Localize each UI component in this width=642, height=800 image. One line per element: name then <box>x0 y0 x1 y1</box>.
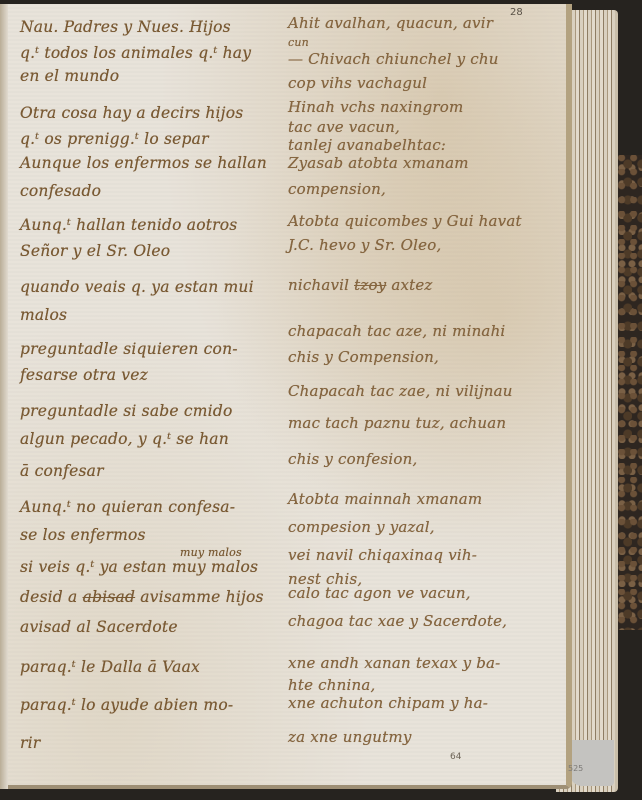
manuscript-line: Otra cosa hay a decirs hijos <box>20 104 243 122</box>
manuscript-line: Aunq.ᵗ hallan tenido aotros <box>20 216 237 234</box>
manuscript-line: Atobta mainnah xmanam <box>288 490 482 508</box>
page-number: 28 <box>510 7 523 18</box>
page-corner-fold <box>570 740 614 786</box>
manuscript-line: — Chivach chiunchel y chu <box>288 50 499 68</box>
manuscript-line: paraq.ᵗ le Dalla ā Vaax <box>20 658 200 676</box>
manuscript-line: chagoa tac xae y Sacerdote, <box>288 612 507 630</box>
manuscript-line: quando veais q. ya estan mui <box>20 278 254 296</box>
manuscript-line: Aunq.ᵗ no quieran confesa- <box>20 498 235 516</box>
manuscript-line: q.ᵗ todos los animales q.ᵗ hay <box>20 44 251 62</box>
manuscript-line: mac tach paznu tuz, achuan <box>288 414 506 432</box>
manuscript-line: fesarse otra vez <box>20 366 148 384</box>
manuscript-line: Chapacah tac zae, ni vilijnau <box>288 382 513 400</box>
manuscript-line: nichavil tzoy axtez <box>288 276 433 294</box>
manuscript-line: algun pecado, y q.ᵗ se han <box>20 430 229 448</box>
manuscript-line: compesion y yazal, <box>288 518 435 536</box>
struck-word: tzoy <box>354 276 386 294</box>
manuscript-line: calo tac agon ve vacun, <box>288 584 471 602</box>
manuscript-line: en el mundo <box>20 67 119 85</box>
manuscript-line: tac ave vacun, <box>288 118 400 136</box>
manuscript-line: vei navil chiqaxinaq vih- <box>288 546 477 564</box>
manuscript-line: J.C. hevo y Sr. Oleo, <box>288 236 441 254</box>
manuscript-line: Nau. Padres y Nues. Hijos <box>20 18 231 36</box>
manuscript-line: Atobta quicombes y Gui havat <box>288 212 522 230</box>
manuscript-line: chis y Compension, <box>288 348 439 366</box>
manuscript-line: chis y confesion, <box>288 450 417 468</box>
manuscript-line: tanlej avanabelhtac: <box>288 136 446 154</box>
manuscript-line: Aunque los enfermos se hallan <box>20 154 267 172</box>
folio-number: 64 <box>450 752 461 762</box>
manuscript-line: za xne ungutmy <box>288 728 412 746</box>
manuscript-line: rir <box>20 734 40 752</box>
manuscript-line: paraq.ᵗ lo ayude abien mo- <box>20 696 233 714</box>
manuscript-line: Ahit avalhan, quacun, avir <box>288 14 493 32</box>
manuscript-line: xne andh xanan texax y ba- <box>288 654 500 672</box>
struck-word: abisad <box>83 588 135 606</box>
manuscript-line: hte chnina, <box>288 676 375 694</box>
archive-stamp: 525 <box>568 764 583 773</box>
manuscript-line: avisad al Sacerdote <box>20 618 178 636</box>
manuscript-line: desid a abisad avisamme hijos <box>20 588 264 606</box>
manuscript-line: se los enfermos <box>20 526 146 544</box>
manuscript-line: malos <box>20 306 67 324</box>
manuscript-line: Zyasab atobta xmanam <box>288 154 469 172</box>
manuscript-line: xne achuton chipam y ha- <box>288 694 488 712</box>
manuscript-line: cun <box>288 36 309 49</box>
manuscript-line: Señor y el Sr. Oleo <box>20 242 170 260</box>
manuscript-line: confesado <box>20 182 101 200</box>
manuscript-line: cop vihs vachagul <box>288 74 427 92</box>
manuscript-page: 28 64 Nau. Padres y Nues. Hijosq.ᵗ todos… <box>0 4 572 789</box>
manuscript-line: preguntadle si sabe cmido <box>20 402 233 420</box>
gutter-edge <box>0 4 8 789</box>
manuscript-line: si veis q.ᵗ ya estan muy malos <box>20 558 258 576</box>
manuscript-line: q.ᵗ os prenigg.ᵗ lo separ <box>20 130 209 148</box>
interlinear-correction: muy malos <box>180 546 242 559</box>
manuscript-line: Hinah vchs naxingrom <box>288 98 463 116</box>
manuscript-line: preguntadle siquieren con- <box>20 340 238 358</box>
manuscript-line: compension, <box>288 180 386 198</box>
marbled-cover-edge <box>618 155 642 630</box>
manuscript-line: chapacah tac aze, ni minahi <box>288 322 505 340</box>
manuscript-line: ā confesar <box>20 462 104 480</box>
